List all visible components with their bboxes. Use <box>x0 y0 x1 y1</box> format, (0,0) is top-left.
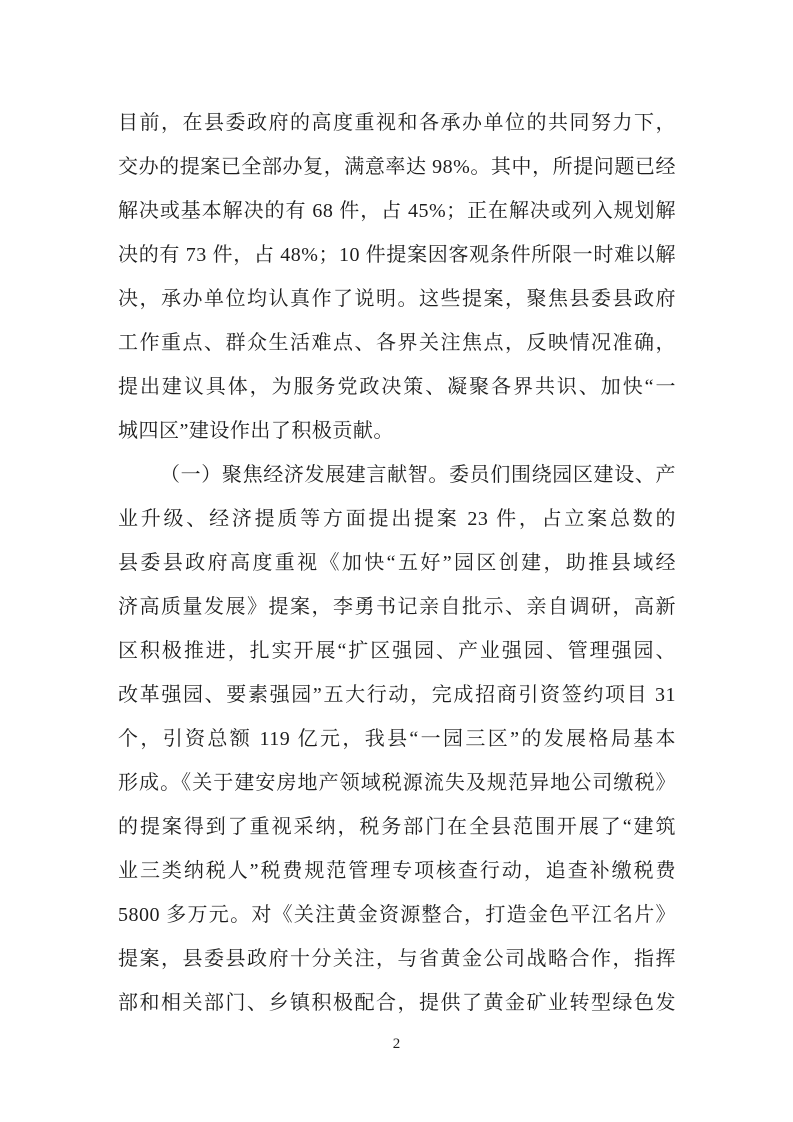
text-line: 提出建议具体，为服务党政决策、凝聚各界共识、加快“一 <box>118 365 676 409</box>
text-line: （一）聚焦经济发展建言献智。委员们围绕园区建设、产 <box>118 453 676 497</box>
text-line: 形成。《关于建安房地产领域税源流失及规范异地公司缴税》 <box>118 761 676 805</box>
text-line: 业三类纳税人”税费规范管理专项核查行动，追查补缴税费 <box>118 849 676 893</box>
text-line: 的提案得到了重视采纳，税务部门在全县范围开展了“建筑 <box>118 805 676 849</box>
text-line: 业升级、经济提质等方面提出提案 23 件，占立案总数的 15%。 <box>118 497 676 541</box>
text-line: 个，引资总额 119 亿元，我县“一园三区”的发展格局基本 <box>118 717 676 761</box>
text-line: 提案，县委县政府十分关注，与省黄金公司战略合作，指挥 <box>118 937 676 981</box>
document-body: 目前，在县委政府的高度重视和各承办单位的共同努力下，交办的提案已全部办复，满意率… <box>118 101 676 1025</box>
paragraph: （一）聚焦经济发展建言献智。委员们围绕园区建设、产业升级、经济提质等方面提出提案… <box>118 453 676 1025</box>
text-line: 济高质量发展》提案，李勇书记亲自批示、亲自调研，高新 <box>118 585 676 629</box>
text-line: 决的有 73 件，占 48%；10 件提案因客观条件所限一时难以解 <box>118 233 676 277</box>
text-line: 决，承办单位均认真作了说明。这些提案，聚焦县委县政府 <box>118 277 676 321</box>
text-line: 城四区”建设作出了积极贡献。 <box>118 409 676 453</box>
text-line: 部和相关部门、乡镇积极配合，提供了黄金矿业转型绿色发 <box>118 981 676 1025</box>
text-line: 区积极推进，扎实开展“扩区强园、产业强园、管理强园、 <box>118 629 676 673</box>
paragraph: 目前，在县委政府的高度重视和各承办单位的共同努力下，交办的提案已全部办复，满意率… <box>118 101 676 453</box>
text-line: 目前，在县委政府的高度重视和各承办单位的共同努力下， <box>118 101 676 145</box>
text-line: 解决或基本解决的有 68 件，占 45%；正在解决或列入规划解 <box>118 189 676 233</box>
text-line: 5800 多万元。对《关注黄金资源整合，打造金色平江名片》 <box>118 893 676 937</box>
text-line: 交办的提案已全部办复，满意率达 98%。其中，所提问题已经 <box>118 145 676 189</box>
text-line: 改革强园、要素强园”五大行动，完成招商引资签约项目 31 <box>118 673 676 717</box>
text-line: 县委县政府高度重视《加快“五好”园区创建，助推县域经 <box>118 541 676 585</box>
page-number: 2 <box>0 1033 793 1055</box>
document-page: 目前，在县委政府的高度重视和各承办单位的共同努力下，交办的提案已全部办复，满意率… <box>0 0 793 1122</box>
text-line: 工作重点、群众生活难点、各界关注焦点，反映情况准确， <box>118 321 676 365</box>
